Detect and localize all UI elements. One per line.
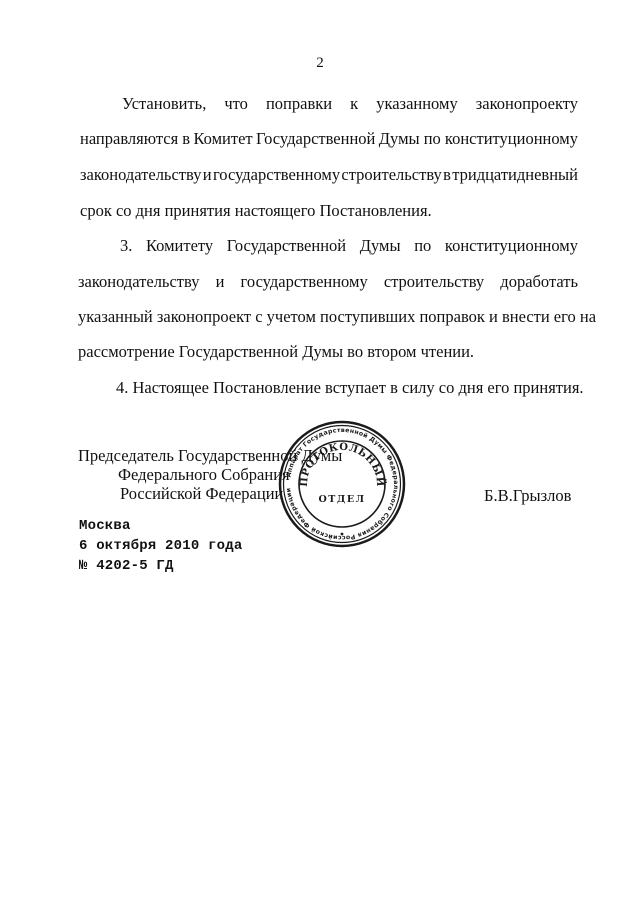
signatory-title-line-3: Российской Федерации — [120, 484, 283, 503]
paragraph-line: рассмотрение Государственной Думы во вто… — [78, 342, 474, 362]
paragraph-line: срок со дня принятия настоящего Постанов… — [80, 201, 432, 221]
svg-text:ПРОТОКОЛЬНЫЙ: ПРОТОКОЛЬНЫЙ — [299, 442, 388, 487]
paragraph-line: законодательству и государственному стро… — [80, 165, 578, 185]
paragraph-line: указанный законопроект с учетом поступив… — [78, 307, 578, 327]
document-number: № 4202-5 ГД — [79, 557, 174, 576]
page-number: 2 — [0, 55, 640, 72]
signatory-name: Б.В.Грызлов — [484, 486, 571, 506]
paragraph-line: направляются в Комитет Государственной Д… — [80, 129, 578, 149]
document-date: 6 октября 2010 года — [79, 537, 242, 556]
signatory-title-line-2: Федерального Собрания — [118, 465, 290, 484]
paragraph-4: 4. Настоящее Постановление вступает в си… — [116, 378, 584, 398]
paragraph-line: Установить, что поправки к указанному за… — [122, 94, 578, 114]
paragraph-line: законодательству и государственному стро… — [78, 272, 578, 292]
paragraph-line: 3. Комитету Государственной Думы по конс… — [120, 236, 578, 256]
document-city: Москва — [79, 517, 131, 536]
stamp-center-bottom-text: ОТДЕЛ — [319, 494, 366, 505]
stamp-center-top-text: ПРОТОКОЛЬНЫЙ — [299, 442, 388, 487]
official-stamp-icon: Аппарат Государственной Думы Федеральног… — [277, 419, 407, 549]
